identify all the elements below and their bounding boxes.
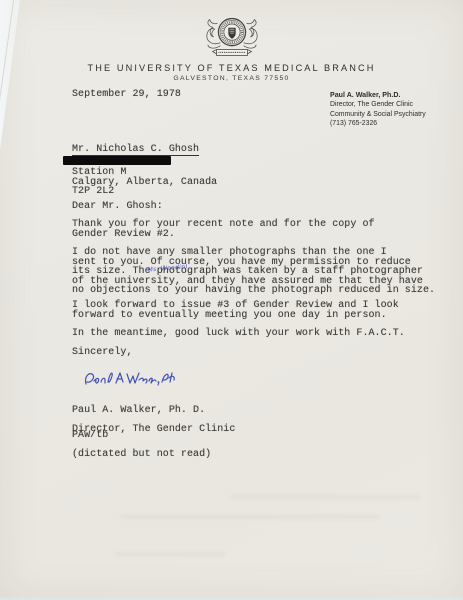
recipient-name: Mr. Nicholas C. Ghosh	[72, 145, 199, 156]
officer-name: Paul A. Walker, Ph.D.	[330, 91, 455, 100]
salutation: Dear Mr. Ghosh:	[72, 202, 163, 212]
letter-date: September 29, 1978	[72, 90, 181, 100]
officer-title: Director, The Gender Clinic	[330, 100, 455, 109]
letterhead-location: GALVESTON, TEXAS 77550	[0, 75, 463, 82]
handwritten-signature	[82, 368, 182, 397]
body-paragraph-3: I look forward to issue #3 of Gender Rev…	[72, 301, 399, 320]
reference-block: PAW/tb (dictated but not read)	[72, 421, 211, 469]
show-through-ghosting	[120, 515, 380, 519]
signer-name: Paul A. Walker, Ph. D.	[72, 406, 235, 416]
scanned-letter-page: THE UNIVERSITY OF TEXAS MEDICAL BRANCH G…	[0, 0, 463, 600]
body-paragraph-1: Thank you for your recent note and for t…	[72, 220, 375, 239]
officer-department: Community & Social Psychiatry	[330, 110, 455, 119]
reference-initials: PAW/tb	[72, 431, 211, 441]
recipient-address: Station M Calgary, Alberta, Canada T2P 2…	[72, 168, 217, 197]
closing: Sincerely,	[72, 348, 133, 358]
show-through-ghosting	[230, 495, 420, 499]
body-paragraph-4: In the meantime, good luck with your wor…	[72, 329, 405, 339]
show-through-ghosting	[115, 552, 225, 556]
redaction-bar	[63, 156, 171, 165]
university-seal-icon	[201, 12, 263, 65]
scan-bottom-edge	[0, 596, 463, 600]
letterhead-institution: THE UNIVERSITY OF TEXAS MEDICAL BRANCH	[0, 63, 463, 73]
body-paragraph-2: I do not have any smaller photographs th…	[72, 248, 435, 296]
dictation-note: (dictated but not read)	[72, 450, 211, 460]
officer-phone: (713) 765-2326	[330, 119, 455, 128]
letterhead-officer-block: Paul A. Walker, Ph.D. Director, The Gend…	[330, 91, 455, 128]
